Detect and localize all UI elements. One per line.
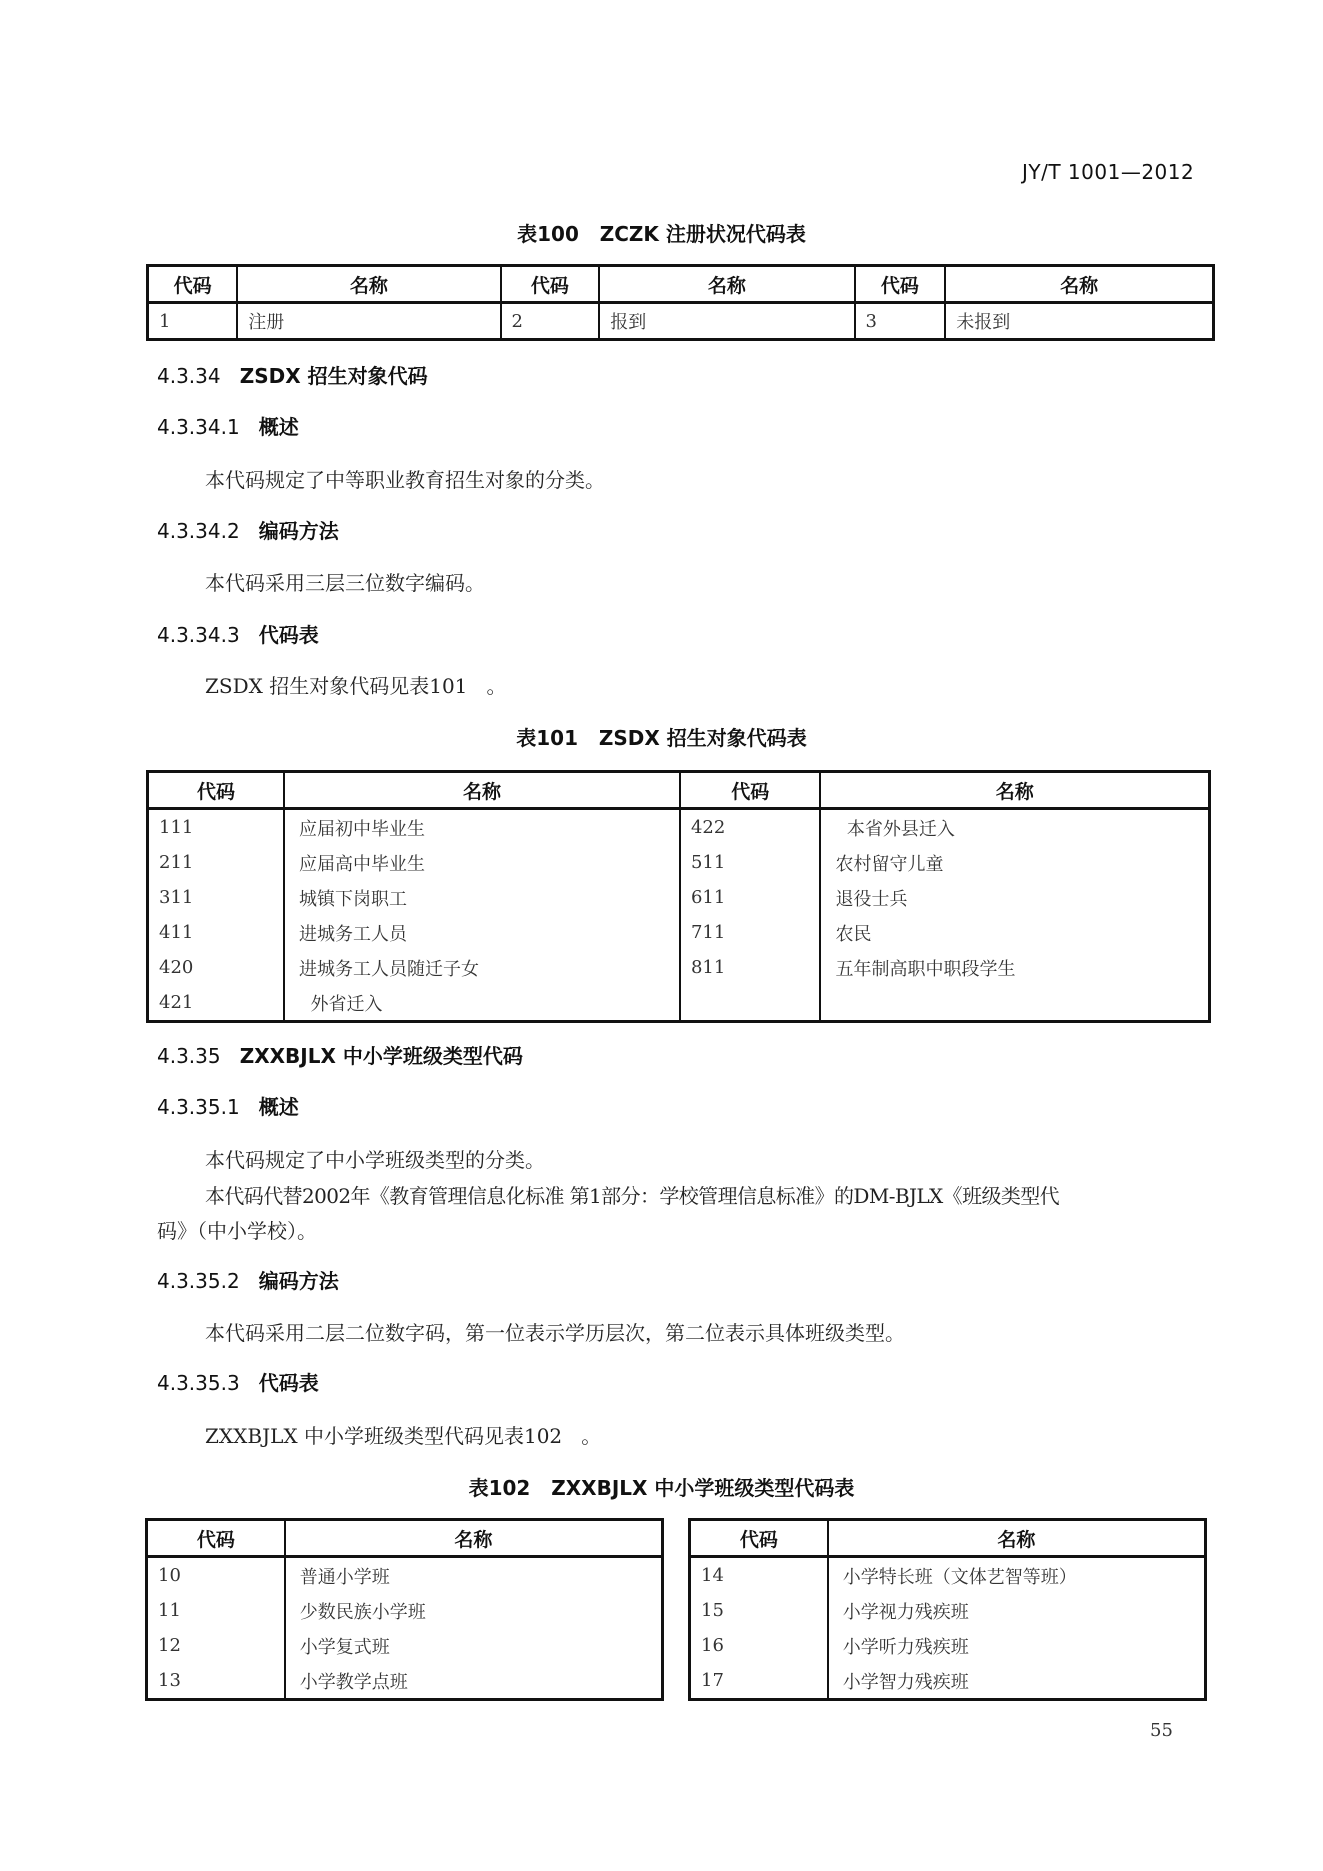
subsection-number: 4.3.35.3: [157, 1371, 240, 1395]
code-cell: 3: [855, 303, 946, 340]
table-row: 17小学智力残疾班: [690, 1663, 1206, 1700]
name-cell: 进城务工人员: [284, 915, 680, 950]
code-cell: 811: [680, 950, 821, 985]
document-id: JY/T 1001—2012: [1022, 160, 1194, 184]
section-number: 4.3.34: [157, 364, 221, 388]
table-101-title: 表101 ZSDX 招生对象代码表: [0, 722, 1323, 751]
subsection-number: 4.3.34.3: [157, 623, 240, 647]
subsection-heading: 4.3.35.3 代码表: [157, 1367, 319, 1396]
name-cell: 农村留守儿童: [820, 845, 1209, 880]
name-cell: 五年制高职中职段学生: [820, 950, 1209, 985]
code-cell: 422: [680, 809, 821, 846]
name-cell: 注册: [237, 303, 500, 340]
name-cell: 小学视力残疾班: [828, 1593, 1206, 1628]
code-cell: 420: [148, 950, 285, 985]
name-cell: 未报到: [945, 303, 1213, 340]
section-heading: 4.3.34 ZSDX 招生对象代码: [157, 360, 428, 389]
code-cell: 10: [147, 1557, 285, 1594]
code-cell: 511: [680, 845, 821, 880]
column-header: 名称: [945, 266, 1213, 303]
table-row: 411 进城务工人员 711 农民: [148, 915, 1210, 950]
table-101: 代码 名称 代码 名称 111 应届初中毕业生 422 本省外县迁入 211 应…: [146, 770, 1211, 1023]
table-100-title: 表100 ZCZK 注册状况代码表: [0, 218, 1323, 247]
name-cell: 城镇下岗职工: [284, 880, 680, 915]
paragraph: 本代码代替2002年《教育管理信息化标准 第1部分：学校管理信息标准》的DM-B…: [205, 1180, 1059, 1209]
code-cell: 711: [680, 915, 821, 950]
name-cell: 小学教学点班: [285, 1663, 663, 1700]
subsection-heading: 4.3.35.2 编码方法: [157, 1265, 339, 1294]
code-cell: 611: [680, 880, 821, 915]
subsection-heading: 4.3.34.2 编码方法: [157, 515, 339, 544]
subsection-title: 编码方法: [259, 519, 339, 543]
name-cell: 退役士兵: [820, 880, 1209, 915]
table-row: 421 外省迁入: [148, 985, 1210, 1022]
table-102-right: 代码 名称 14小学特长班（文体艺智等班） 15小学视力残疾班 16小学听力残疾…: [688, 1518, 1207, 1701]
table-row: 311 城镇下岗职工 611 退役士兵: [148, 880, 1210, 915]
name-cell: 应届初中毕业生: [284, 809, 680, 846]
code-cell: 211: [148, 845, 285, 880]
subsection-number: 4.3.34.2: [157, 519, 240, 543]
code-cell: 2: [501, 303, 600, 340]
code-cell: 13: [147, 1663, 285, 1700]
name-cell: 报到: [599, 303, 854, 340]
paragraph: 本代码采用二层二位数字码，第一位表示学历层次，第二位表示具体班级类型。: [205, 1317, 905, 1346]
paragraph: ZXXBJLX 中小学班级类型代码见表102 。: [205, 1420, 601, 1449]
name-cell: 进城务工人员随迁子女: [284, 950, 680, 985]
name-cell: 少数民族小学班: [285, 1593, 663, 1628]
subsection-title: 概述: [259, 1095, 299, 1119]
section-heading: 4.3.35 ZXXBJLX 中小学班级类型代码: [157, 1040, 523, 1069]
name-cell: 本省外县迁入: [820, 809, 1209, 846]
subsection-title: 代码表: [259, 623, 319, 647]
name-cell: 应届高中毕业生: [284, 845, 680, 880]
name-cell: 农民: [820, 915, 1209, 950]
code-cell: 421: [148, 985, 285, 1022]
subsection-number: 4.3.35.1: [157, 1095, 240, 1119]
code-cell: [680, 985, 821, 1022]
section-title: ZSDX 招生对象代码: [240, 364, 428, 388]
section-title: ZXXBJLX 中小学班级类型代码: [240, 1044, 523, 1068]
column-header: 代码: [501, 266, 600, 303]
name-cell: 小学智力残疾班: [828, 1663, 1206, 1700]
table-row: 211 应届高中毕业生 511 农村留守儿童: [148, 845, 1210, 880]
column-header: 名称: [828, 1520, 1206, 1557]
table-row: 13小学教学点班: [147, 1663, 663, 1700]
code-cell: 1: [148, 303, 238, 340]
code-cell: 411: [148, 915, 285, 950]
table-102-left: 代码 名称 10普通小学班 11少数民族小学班 12小学复式班 13小学教学点班: [145, 1518, 664, 1701]
subsection-number: 4.3.35.2: [157, 1269, 240, 1293]
column-header: 名称: [599, 266, 854, 303]
table-102-title: 表102 ZXXBJLX 中小学班级类型代码表: [0, 1472, 1323, 1501]
column-header: 代码: [148, 266, 238, 303]
table-row: 15小学视力残疾班: [690, 1593, 1206, 1628]
paragraph: 本代码规定了中小学班级类型的分类。: [205, 1144, 545, 1173]
table-row: 111 应届初中毕业生 422 本省外县迁入: [148, 809, 1210, 846]
paragraph: 本代码采用三层三位数字编码。: [205, 567, 485, 596]
subsection-title: 概述: [259, 415, 299, 439]
table-row: 420 进城务工人员随迁子女 811 五年制高职中职段学生: [148, 950, 1210, 985]
column-header: 名称: [285, 1520, 663, 1557]
subsection-heading: 4.3.34.3 代码表: [157, 619, 319, 648]
code-cell: 11: [147, 1593, 285, 1628]
table-row: 10普通小学班: [147, 1557, 663, 1594]
code-cell: 311: [148, 880, 285, 915]
column-header: 代码: [690, 1520, 828, 1557]
column-header: 代码: [147, 1520, 285, 1557]
table-row: 16小学听力残疾班: [690, 1628, 1206, 1663]
name-cell: 小学听力残疾班: [828, 1628, 1206, 1663]
subsection-heading: 4.3.34.1 概述: [157, 411, 299, 440]
name-cell: 外省迁入: [284, 985, 680, 1022]
code-cell: 15: [690, 1593, 828, 1628]
name-cell: 普通小学班: [285, 1557, 663, 1594]
page-number: 55: [1150, 1720, 1173, 1741]
subsection-title: 代码表: [259, 1371, 319, 1395]
name-cell: [820, 985, 1209, 1022]
name-cell: 小学复式班: [285, 1628, 663, 1663]
paragraph: ZSDX 招生对象代码见表101 。: [205, 670, 506, 699]
code-cell: 17: [690, 1663, 828, 1700]
subsection-number: 4.3.34.1: [157, 415, 240, 439]
code-cell: 16: [690, 1628, 828, 1663]
subsection-heading: 4.3.35.1 概述: [157, 1091, 299, 1120]
column-header: 名称: [284, 772, 680, 809]
table-100: 代码 名称 代码 名称 代码 名称 1 注册 2 报到 3 未报到: [146, 264, 1215, 341]
table-row: 11少数民族小学班: [147, 1593, 663, 1628]
code-cell: 111: [148, 809, 285, 846]
column-header: 代码: [680, 772, 821, 809]
code-cell: 12: [147, 1628, 285, 1663]
table-row: 14小学特长班（文体艺智等班）: [690, 1557, 1206, 1594]
subsection-title: 编码方法: [259, 1269, 339, 1293]
paragraph-continuation: 码》（中小学校）。: [157, 1215, 317, 1244]
table-row: 1 注册 2 报到 3 未报到: [148, 303, 1214, 340]
column-header: 名称: [820, 772, 1209, 809]
paragraph: 本代码规定了中等职业教育招生对象的分类。: [205, 464, 605, 493]
column-header: 名称: [237, 266, 500, 303]
column-header: 代码: [148, 772, 285, 809]
column-header: 代码: [855, 266, 946, 303]
name-cell: 小学特长班（文体艺智等班）: [828, 1557, 1206, 1594]
section-number: 4.3.35: [157, 1044, 221, 1068]
table-row: 12小学复式班: [147, 1628, 663, 1663]
code-cell: 14: [690, 1557, 828, 1594]
